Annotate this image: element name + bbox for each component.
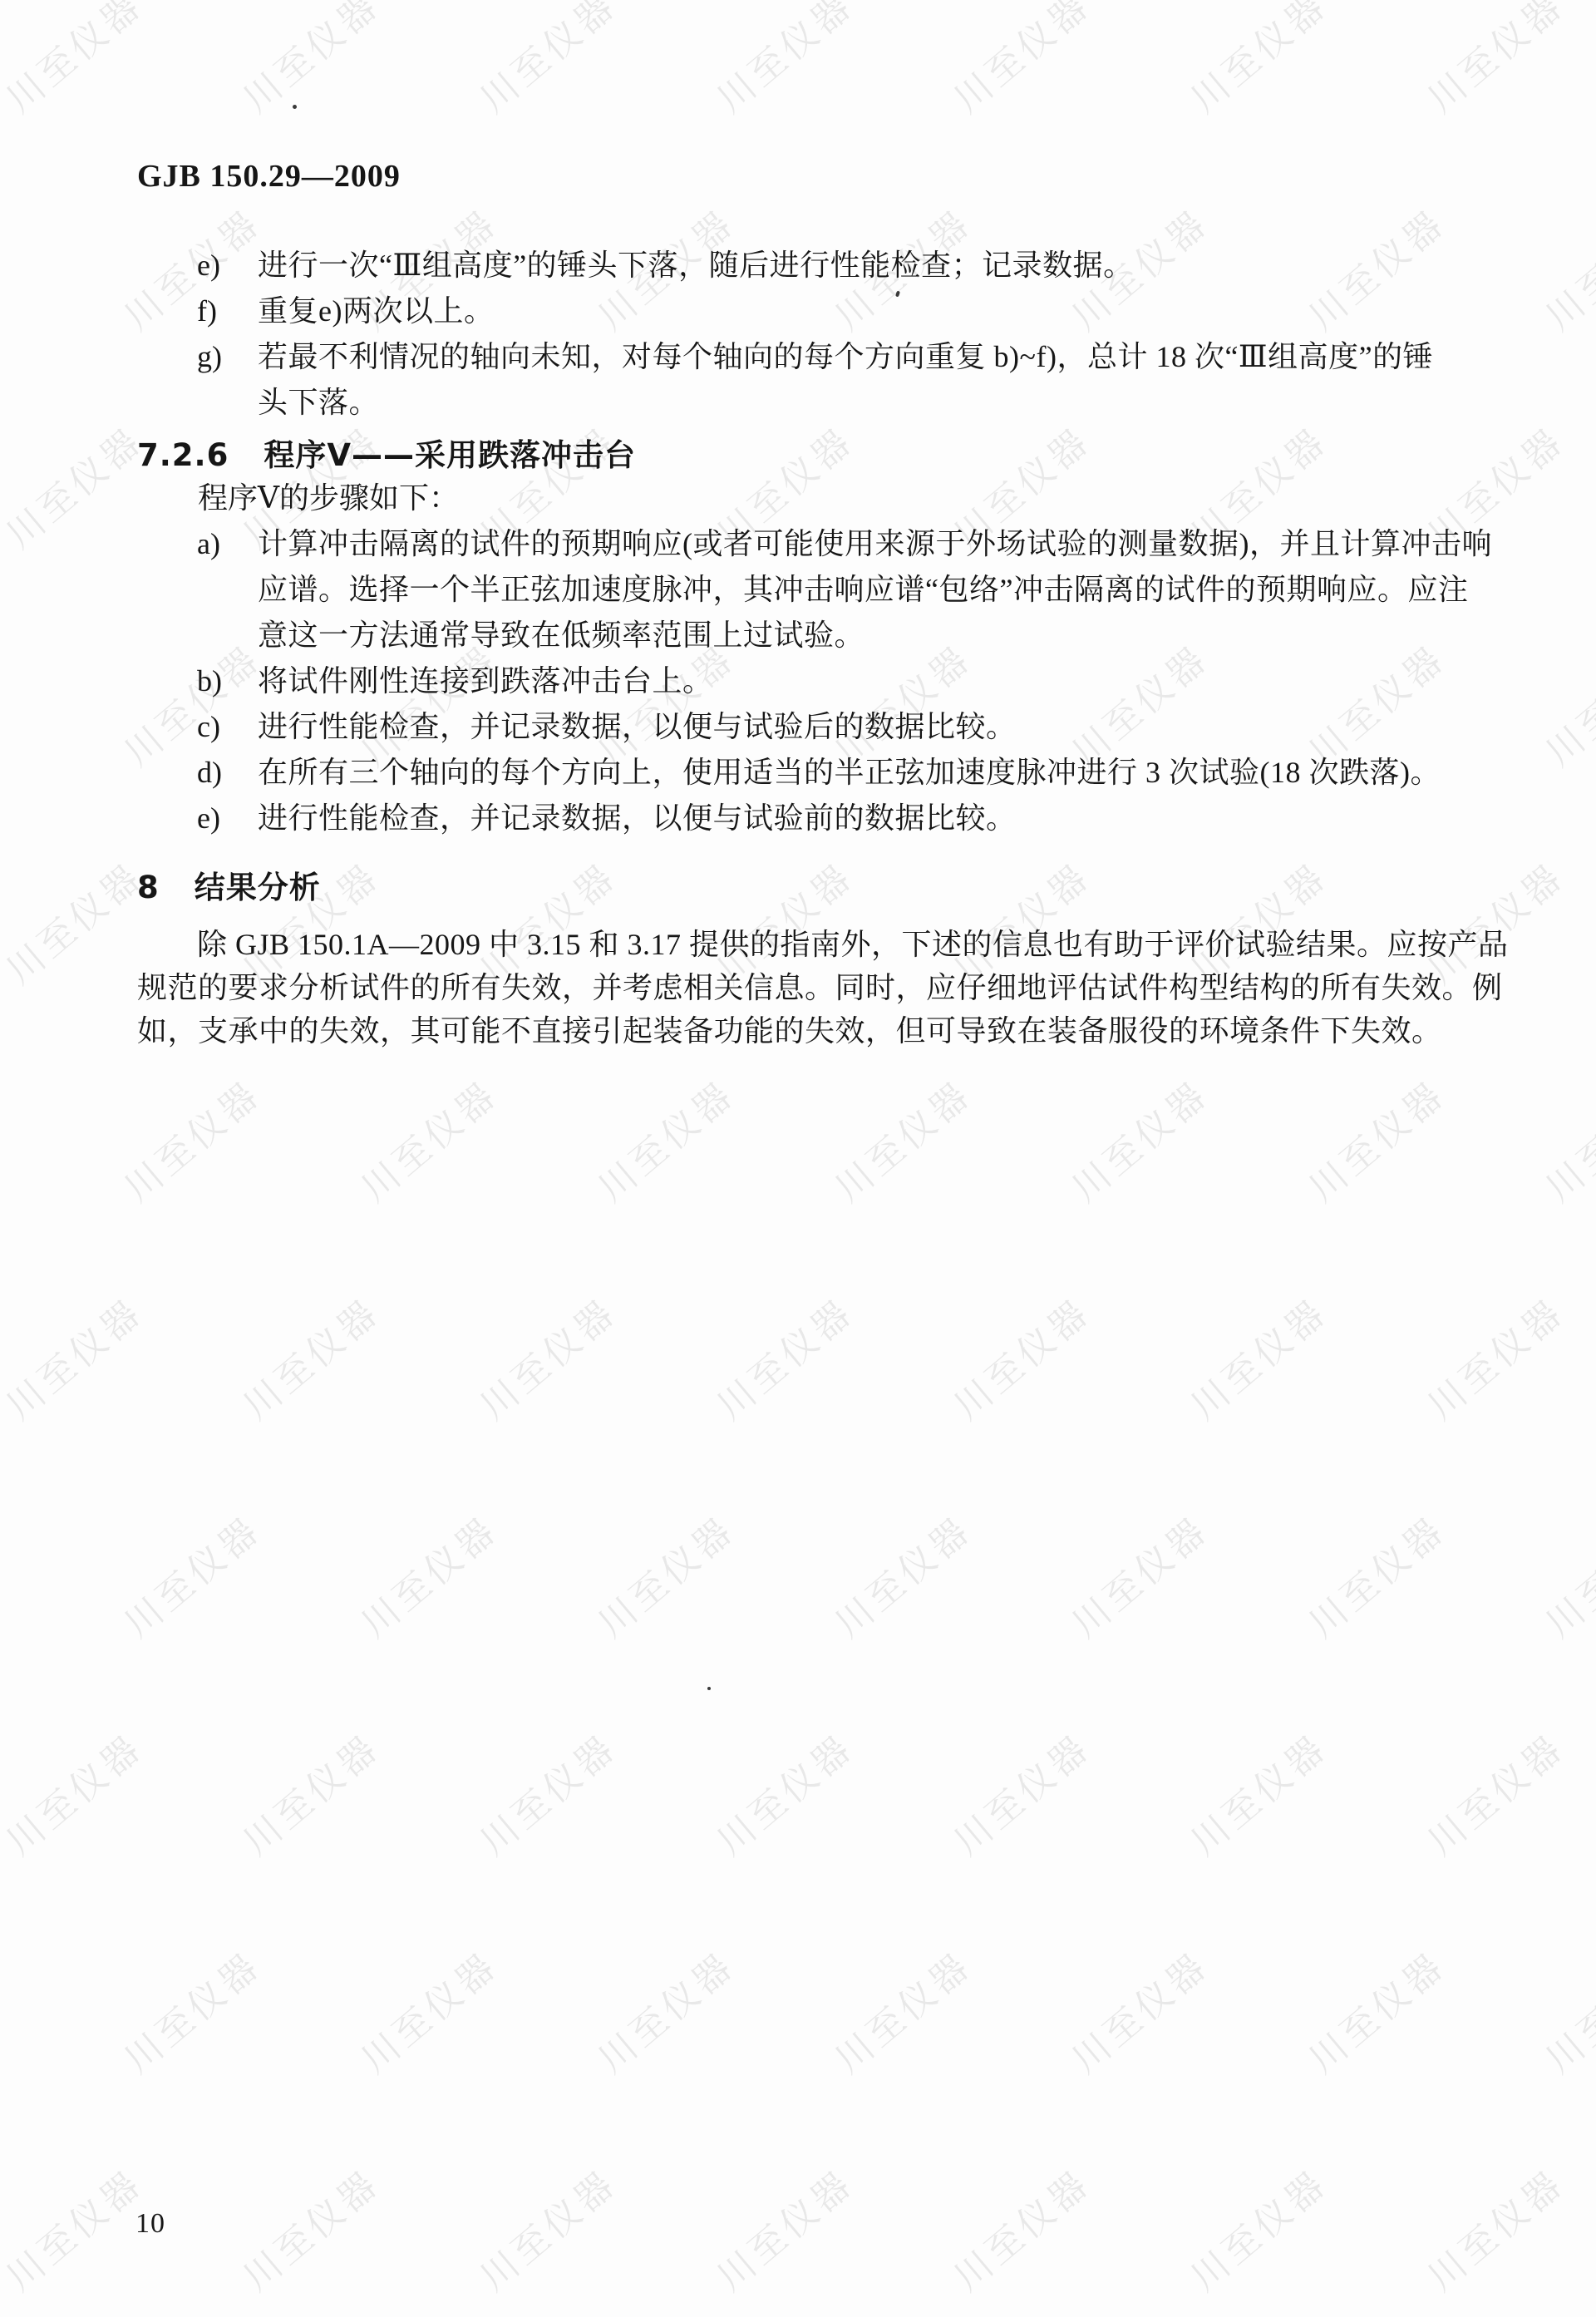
standard-number-header: GJB 150.29—2009 [137, 158, 401, 195]
list-item-line: 计算冲击隔离的试件的预期响应(或者可能使用来源于外场试验的测量数据)，并且计算冲… [258, 521, 1488, 567]
list-item: f) 重复e)两次以上。 [137, 288, 1488, 334]
list-item-marker: d) [197, 750, 222, 796]
list-item-line: 将试件刚性连接到跌落冲击台上。 [258, 658, 1488, 704]
procedure-v-intro: 程序Ⅴ的步骤如下： [198, 476, 459, 521]
list-item: g) 若最不利情况的轴向未知，对每个轴向的每个方向重复 b)~f)，总计 18 … [137, 334, 1488, 426]
page-number: 10 [135, 2208, 165, 2240]
list-item: a) 计算冲击隔离的试件的预期响应(或者可能使用来源于外场试验的测量数据)，并且… [137, 521, 1488, 658]
paragraph-line: 除 GJB 150.1A—2009 中 3.15 和 3.17 提供的指南外，下… [137, 923, 1484, 966]
section-number: 7.2.6 [137, 437, 229, 473]
document-page: 川至仪器川至仪器川至仪器川至仪器川至仪器川至仪器川至仪器川至仪器川至仪器川至仪器… [0, 0, 1596, 2317]
list-item: b) 将试件刚性连接到跌落冲击台上。 [137, 658, 1488, 704]
results-analysis-paragraph: 除 GJB 150.1A—2009 中 3.15 和 3.17 提供的指南外，下… [137, 923, 1484, 1053]
section-heading-8: 8结果分析 [137, 862, 321, 907]
list-item-line: 进行性能检查，并记录数据，以便与试验前的数据比较。 [258, 796, 1488, 841]
scan-speck [293, 105, 297, 109]
list-item-marker: b) [197, 658, 222, 704]
hammer-drop-list: e) 进行一次“Ⅲ组高度”的锤头下落，随后进行性能检查；记录数据。 f) 重复e… [137, 243, 1488, 426]
page-content: GJB 150.29—2009 e) 进行一次“Ⅲ组高度”的锤头下落，随后进行性… [0, 0, 1596, 2317]
scan-speck [707, 1687, 711, 1690]
list-item-marker: a) [197, 521, 220, 567]
section-heading-7-2-6: 7.2.6程序Ⅴ——采用跌落冲击台 [137, 430, 636, 475]
paragraph-line: 如，支承中的失效，其可能不直接引起装备功能的失效，但可导致在装备服役的环境条件下… [137, 1009, 1484, 1053]
list-item-marker: e) [197, 243, 220, 288]
list-item: e) 进行一次“Ⅲ组高度”的锤头下落，随后进行性能检查；记录数据。 [137, 243, 1488, 288]
list-item-line: 应谱。选择一个半正弦加速度脉冲，其冲击响应谱“包络”冲击隔离的试件的预期响应。应… [258, 567, 1488, 613]
list-item-marker: e) [197, 796, 220, 841]
section-number: 8 [137, 870, 160, 905]
list-item-line: 在所有三个轴向的每个方向上，使用适当的半正弦加速度脉冲进行 3 次试验(18 次… [258, 750, 1488, 796]
list-item: e) 进行性能检查，并记录数据，以便与试验前的数据比较。 [137, 796, 1488, 841]
list-item-line: 重复e)两次以上。 [258, 288, 1488, 334]
list-item-marker: c) [197, 704, 220, 750]
list-item-line: 进行一次“Ⅲ组高度”的锤头下落，随后进行性能检查；记录数据。 [258, 243, 1488, 288]
list-item-marker: f) [197, 288, 217, 334]
list-item-marker: g) [197, 334, 222, 380]
paragraph-line: 规范的要求分析试件的所有失效，并考虑相关信息。同时，应仔细地评估试件构型结构的所… [137, 966, 1484, 1009]
procedure-v-list: a) 计算冲击隔离的试件的预期响应(或者可能使用来源于外场试验的测量数据)，并且… [137, 521, 1488, 841]
section-title: 程序Ⅴ——采用跌落冲击台 [264, 437, 636, 473]
section-title: 结果分析 [195, 870, 321, 905]
list-item-line: 若最不利情况的轴向未知，对每个轴向的每个方向重复 b)~f)，总计 18 次“Ⅲ… [258, 334, 1488, 380]
list-item: d) 在所有三个轴向的每个方向上，使用适当的半正弦加速度脉冲进行 3 次试验(1… [137, 750, 1488, 796]
list-item: c) 进行性能检查，并记录数据，以便与试验后的数据比较。 [137, 704, 1488, 750]
list-item-line: 意这一方法通常导致在低频率范围上过试验。 [258, 613, 1488, 658]
list-item-line: 进行性能检查，并记录数据，以便与试验后的数据比较。 [258, 704, 1488, 750]
list-item-line: 头下落。 [258, 380, 1488, 426]
